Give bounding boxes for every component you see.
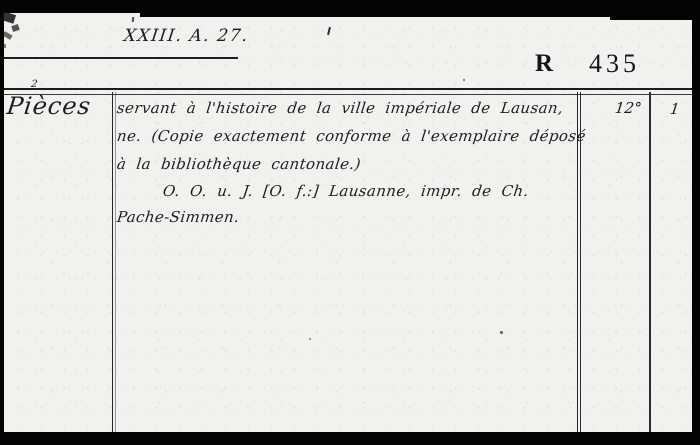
heading-superscript: 2 (30, 79, 38, 90)
card-heading: Pièces (5, 92, 92, 120)
ink-speck (463, 79, 465, 81)
scan-border-left (0, 0, 4, 445)
scan-smudge (1, 44, 6, 48)
shelf-letter: R (535, 50, 553, 78)
body-line: Pache-Simmen. (116, 208, 241, 226)
call-number: XXIII. A. 27. (123, 26, 250, 46)
scan-border-bottom (0, 432, 700, 445)
header-rule (0, 88, 696, 95)
call-number-underline (0, 57, 238, 62)
body-line: O. O. u. J. [O. f.:] Lausanne, impr. de … (162, 182, 530, 200)
catalog-card: XXIII. A. 27. R 435 2 Pièces servant à l… (4, 13, 692, 432)
ink-speck (500, 331, 503, 334)
scan-border-right (692, 0, 700, 445)
scan-border-top (610, 0, 700, 20)
body-line: à la bibliothèque cantonale.) (116, 155, 362, 173)
column-divider-copies (649, 92, 651, 432)
copies-value: 1 (669, 100, 681, 118)
body-line: ne. (Copie exactement conforme à l'exemp… (116, 127, 587, 145)
scanned-catalog-card-page: XXIII. A. 27. R 435 2 Pièces servant à l… (0, 0, 700, 445)
shelf-number: 435 (589, 49, 640, 79)
ink-speck (327, 27, 331, 35)
ink-speck (132, 17, 135, 22)
body-line: servant à l'histoire de la ville impéria… (116, 99, 564, 117)
ink-speck (309, 338, 311, 340)
format-value: 12° (614, 99, 643, 117)
